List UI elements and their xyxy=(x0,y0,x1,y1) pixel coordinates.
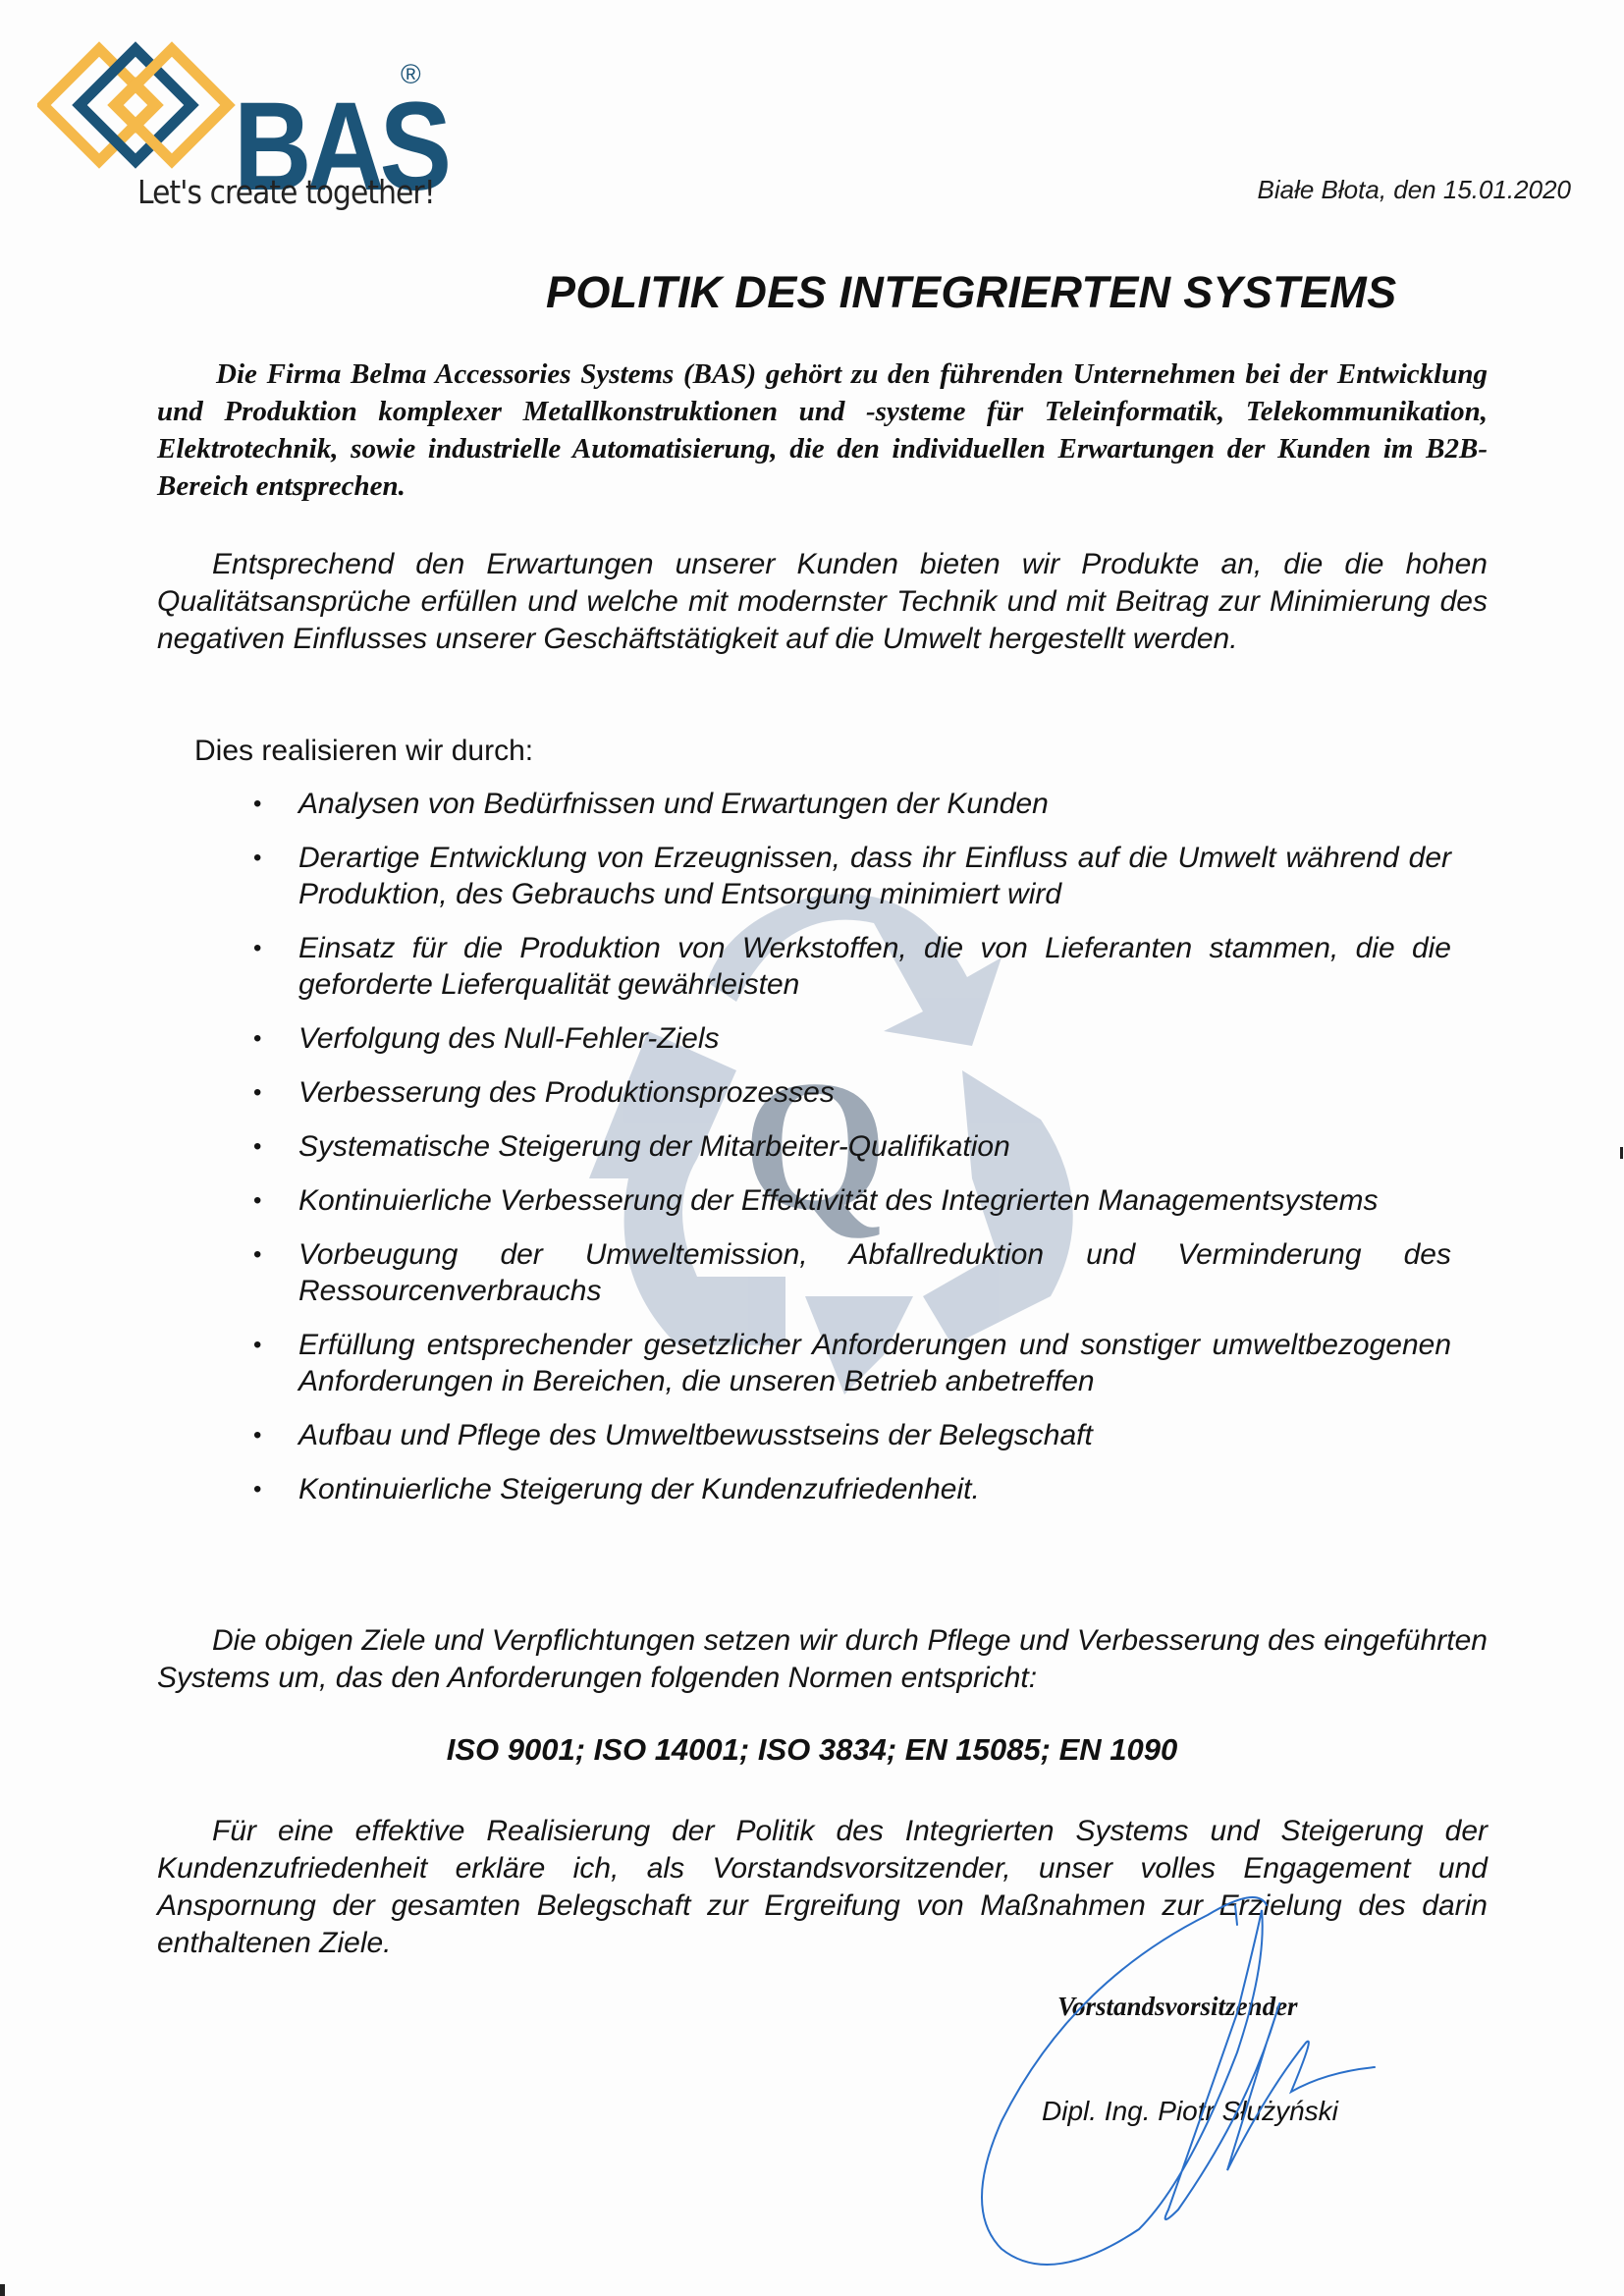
paragraph-standards: Die obigen Ziele und Verpflichtungen set… xyxy=(157,1622,1488,1697)
bullet-icon: • xyxy=(253,1128,261,1165)
bullet-icon: • xyxy=(253,1074,261,1111)
list-item: •Kontinuierliche Verbesserung der Effekt… xyxy=(253,1182,1451,1219)
measures-list: •Analysen von Bedürfnissen und Erwartung… xyxy=(253,786,1451,1525)
bas-diamond-logo-icon xyxy=(37,41,244,179)
list-item: •Analysen von Bedürfnissen und Erwartung… xyxy=(253,786,1451,822)
scan-artifact xyxy=(1620,1147,1623,1159)
document-title: POLITIK DES INTEGRIERTEN SYSTEMS xyxy=(546,267,1396,318)
bullet-icon: • xyxy=(253,1182,261,1219)
signatory-role: Vorstandsvorsitzender xyxy=(1057,1992,1298,2022)
list-item: •Kontinuierliche Steigerung der Kundenzu… xyxy=(253,1471,1451,1507)
bullet-icon: • xyxy=(253,1236,261,1273)
list-item: •Einsatz für die Produktion von Werkstof… xyxy=(253,930,1451,1003)
list-item: •Systematische Steigerung der Mitarbeite… xyxy=(253,1128,1451,1165)
list-item: •Vorbeugung der Umweltemission, Abfallre… xyxy=(253,1236,1451,1309)
paragraph-expectations: Entsprechend den Erwartungen unserer Kun… xyxy=(157,546,1488,658)
list-item: •Verbesserung des Produktionsprozesses xyxy=(253,1074,1451,1111)
paragraph-commitment: Für eine effektive Realisierung der Poli… xyxy=(157,1813,1488,1962)
bullet-icon: • xyxy=(253,1327,261,1363)
bullet-icon: • xyxy=(253,840,261,876)
company-logo: BAS ® Let's create together! xyxy=(37,41,450,218)
list-item: •Derartige Entwicklung von Erzeugnissen,… xyxy=(253,840,1451,912)
bullet-icon: • xyxy=(253,1471,261,1507)
standards-list: ISO 9001; ISO 14001; ISO 3834; EN 15085;… xyxy=(0,1732,1624,1768)
list-item: •Verfolgung des Null-Fehler-Ziels xyxy=(253,1020,1451,1057)
scan-artifact xyxy=(0,2284,5,2296)
bullet-icon: • xyxy=(253,930,261,966)
signatory-name: Dipl. Ing. Piotr Służyński xyxy=(1042,2096,1338,2127)
lead-in-text: Dies realisieren wir durch: xyxy=(194,735,533,768)
bullet-icon: • xyxy=(253,1417,261,1453)
list-item: •Aufbau und Pflege des Umweltbewusstsein… xyxy=(253,1417,1451,1453)
registered-mark: ® xyxy=(401,59,421,90)
list-item: •Erfüllung entsprechender gesetzlicher A… xyxy=(253,1327,1451,1399)
bullet-icon: • xyxy=(253,786,261,822)
place-and-date: Białe Błota, den 15.01.2020 xyxy=(1258,175,1571,205)
logo-tagline: Let's create together! xyxy=(137,173,435,211)
intro-paragraph: Die Firma Belma Accessories Systems (BAS… xyxy=(157,355,1488,505)
bullet-icon: • xyxy=(253,1020,261,1057)
document-page: BAS ® Let's create together! Białe Błota… xyxy=(0,0,1624,2296)
